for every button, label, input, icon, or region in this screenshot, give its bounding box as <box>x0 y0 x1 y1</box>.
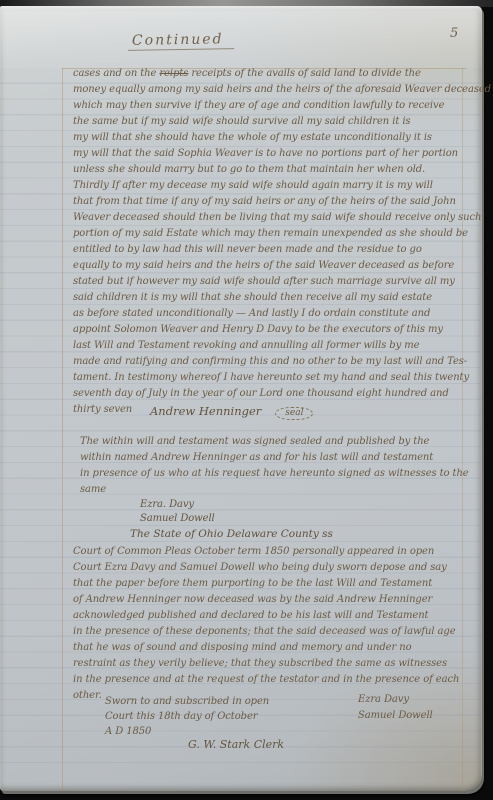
testator-signature-row: Andrew Henningerseal <box>150 404 313 420</box>
probate-line: of Andrew Henninger now deceased was by … <box>73 592 459 608</box>
probate-line: in the presence of these deponents; that… <box>73 624 459 640</box>
page-head-band <box>0 6 482 68</box>
witness-signature: Ezra. Davy <box>140 498 215 512</box>
will-body-line: as before stated unconditionally — And l… <box>73 306 491 322</box>
will-body-line: seventh day of July in the year of our L… <box>73 386 491 402</box>
will-body-line: entitled to by law had this will never b… <box>73 242 491 258</box>
scanned-ledger-photo: Continued 5 cases and on the reipts rece… <box>0 0 493 800</box>
will-body-line: my will that the said Sophia Weaver is t… <box>73 146 491 162</box>
will-body-line: equally to my said heirs and the heirs o… <box>73 258 491 274</box>
attestation-line: in presence of us who at his request hav… <box>80 466 469 482</box>
probate-line: in the presence and at the request of th… <box>73 672 459 688</box>
probate-line: that he was of sound and disposing mind … <box>73 640 459 656</box>
ledger-page: Continued 5 cases and on the reipts rece… <box>0 6 482 791</box>
sworn-statement-line: Sworn to and subscribed in open <box>105 694 269 709</box>
will-body-line: tament. In testimony whereof I have here… <box>73 370 491 386</box>
will-body-line: appoint Solomon Weaver and Henry D Davy … <box>73 322 491 338</box>
attestation-line: same <box>80 482 469 498</box>
struck-word: reipts <box>159 68 188 79</box>
will-body-line: portion of my said Estate which may then… <box>73 226 491 242</box>
will-body-line: stated but if however my said wife shoul… <box>73 274 491 290</box>
attestation-line: The within will and testament was signed… <box>80 434 469 450</box>
witness-signatures: Ezra. DavySamuel Dowell <box>140 498 215 526</box>
sworn-statement-line: A D 1850 <box>105 724 269 739</box>
will-body-text: cases and on the reipts receipts of the … <box>73 66 491 418</box>
will-body-line: which may then survive if they are of ag… <box>73 98 491 114</box>
jurat-heading: The State of Ohio Delaware County ss <box>130 528 333 540</box>
page-number: 5 <box>450 26 458 41</box>
deponent-signature: Samuel Dowell <box>358 708 433 724</box>
will-body-line: said children it is my will that she sho… <box>73 290 491 306</box>
will-body-line: money equally among my said heirs and th… <box>73 82 491 98</box>
will-body-line: unless she should marry but to go to the… <box>73 162 491 178</box>
sworn-statement-line: Court this 18th day of October <box>105 709 269 724</box>
left-margin-line <box>62 68 63 791</box>
deponent-signature: Ezra Davy <box>358 692 433 708</box>
clerk-signature: G. W. Stark Clerk <box>188 738 284 751</box>
probate-line: Court Ezra Davy and Samuel Dowell who be… <box>73 560 459 576</box>
continued-heading: Continued <box>128 31 234 51</box>
probate-text: Court of Common Pleas October term 1850 … <box>73 544 459 704</box>
probate-line: acknowledged published and declared to b… <box>73 608 459 624</box>
will-body-line: made and ratifying and confirming this a… <box>73 354 491 370</box>
seal-mark: seal <box>275 407 313 420</box>
deponent-signatures: Ezra DavySamuel Dowell <box>358 692 433 724</box>
witness-signature: Samuel Dowell <box>140 512 215 526</box>
probate-line: restraint as they verily believe; that t… <box>73 656 459 672</box>
probate-line: that the paper before them purporting to… <box>73 576 459 592</box>
will-body-line: last Will and Testament revoking and ann… <box>73 338 491 354</box>
will-body-line: Weaver deceased should then be living th… <box>73 210 491 226</box>
sworn-statement: Sworn to and subscribed in openCourt thi… <box>105 694 269 739</box>
attestation-text: The within will and testament was signed… <box>80 434 469 498</box>
probate-line: Court of Common Pleas October term 1850 … <box>73 544 459 560</box>
attestation-line: within named Andrew Henninger as and for… <box>80 450 469 466</box>
will-body-line: that from that time if any of my said he… <box>73 194 491 210</box>
will-body-line: my will that she should have the whole o… <box>73 130 491 146</box>
testator-signature: Andrew Henninger <box>150 404 261 418</box>
will-body-line: cases and on the reipts receipts of the … <box>73 66 491 82</box>
will-body-line: the same but if my said wife should surv… <box>73 114 491 130</box>
will-body-line: Thirdly If after my decease my said wife… <box>73 178 491 194</box>
